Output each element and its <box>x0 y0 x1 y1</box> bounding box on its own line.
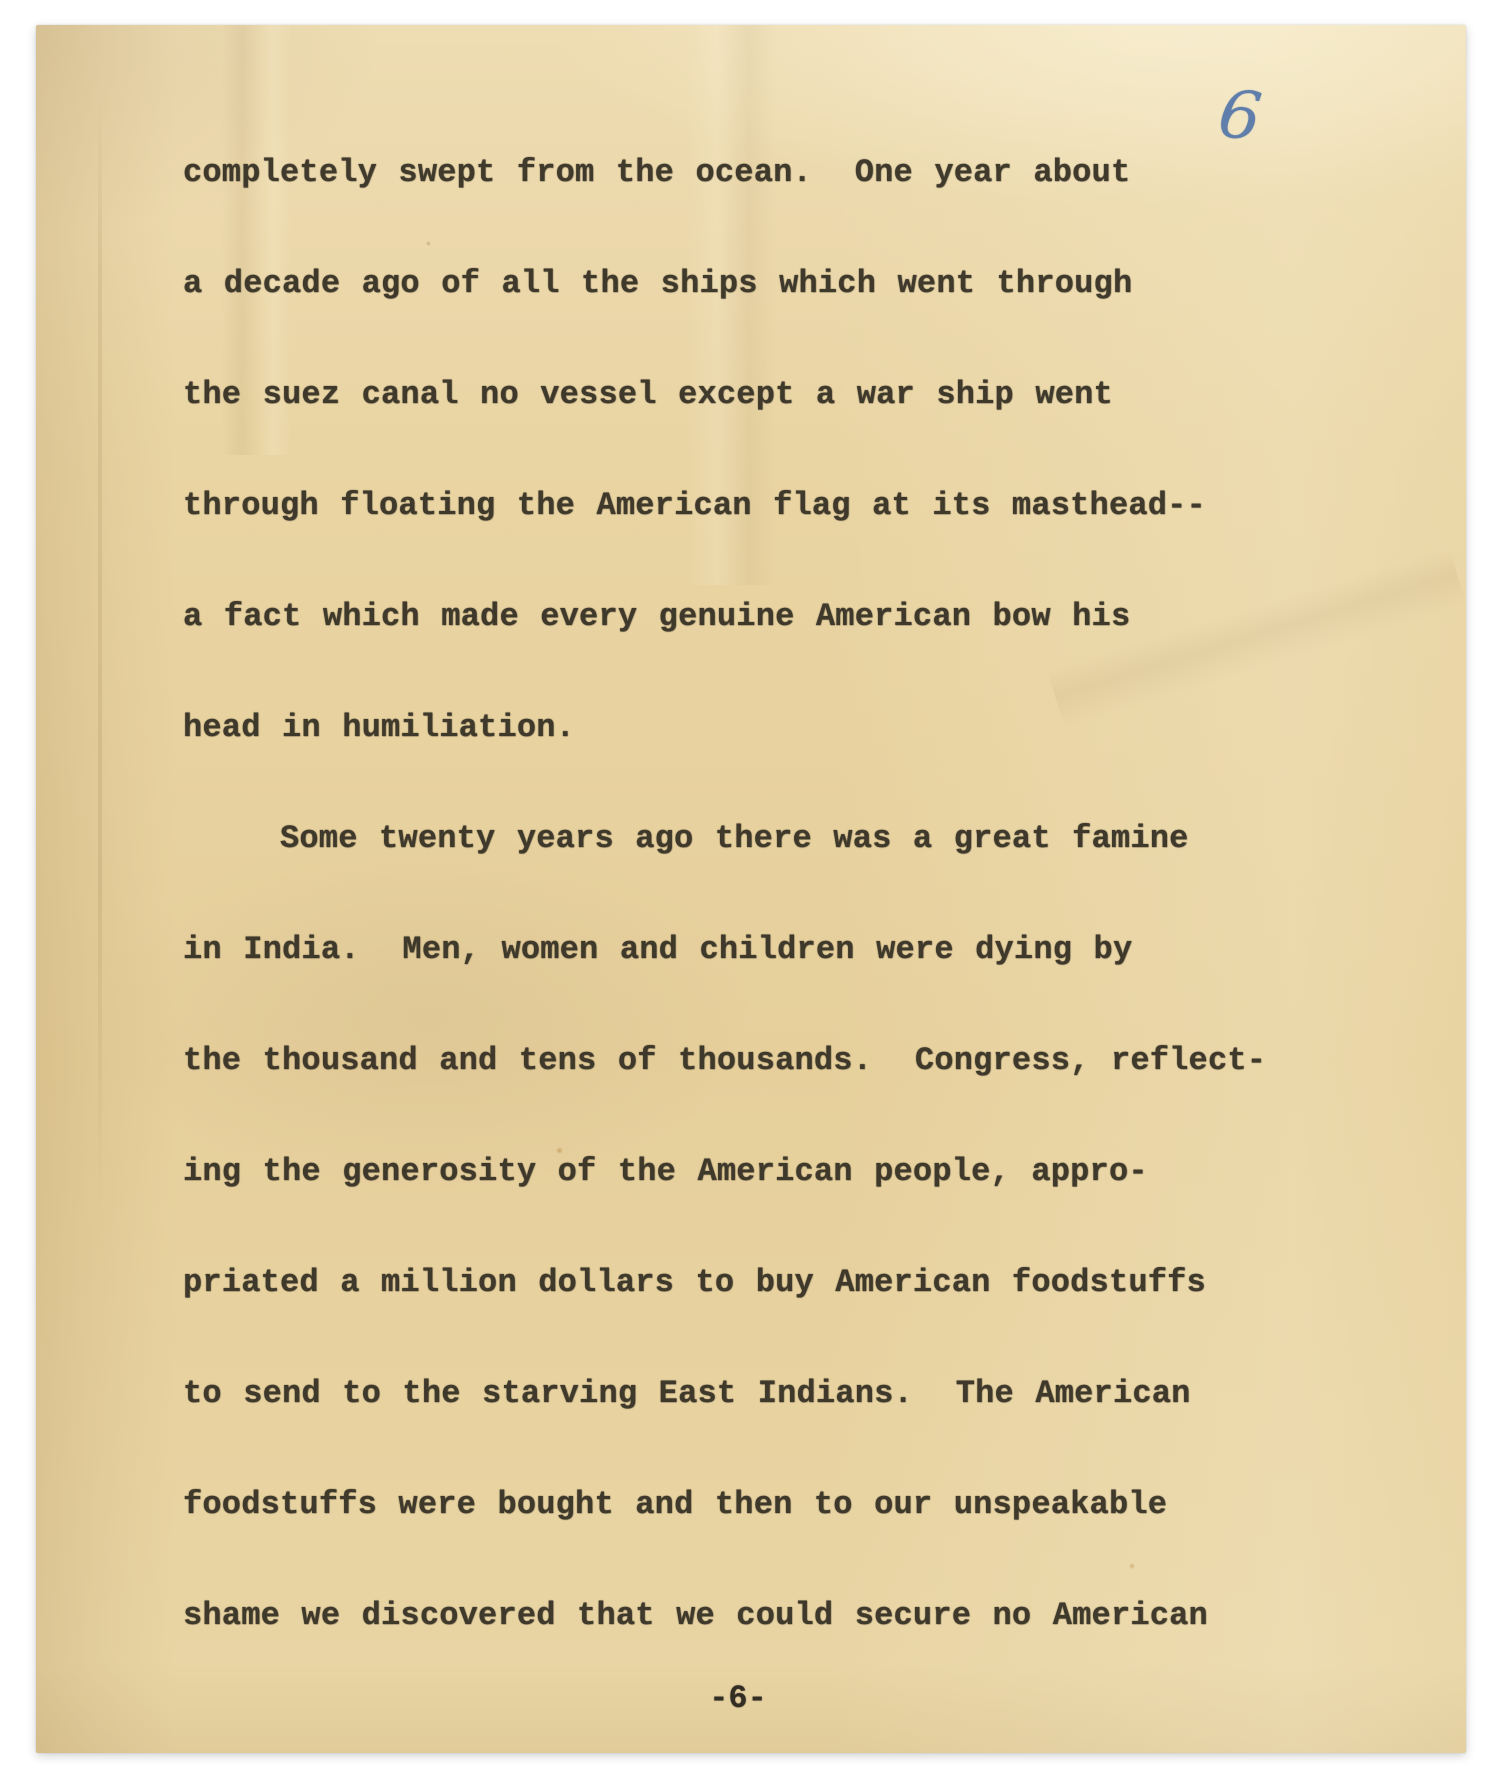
typewritten-line: shame we discovered that we could secure… <box>183 1560 1293 1671</box>
typewritten-line: to send to the starving East Indians. Th… <box>183 1338 1293 1449</box>
typewritten-line-paragraph-start: Some twenty years ago there was a great … <box>183 783 1293 894</box>
typewritten-line: head in humiliation. <box>183 672 1293 783</box>
scanned-paper-sheet: completely swept from the ocean. One yea… <box>36 25 1466 1753</box>
paper-crease-vertical <box>98 95 102 1215</box>
typewritten-line: a decade ago of all the ships which went… <box>183 228 1293 339</box>
typewritten-line: a fact which made every genuine American… <box>183 561 1293 672</box>
typewritten-line: through floating the American flag at it… <box>183 450 1293 561</box>
typewritten-line: the suez canal no vessel except a war sh… <box>183 339 1293 450</box>
typewritten-line: the thousand and tens of thousands. Cong… <box>183 1005 1293 1116</box>
typewritten-line: completely swept from the ocean. One yea… <box>183 117 1293 228</box>
typewritten-text-block: completely swept from the ocean. One yea… <box>183 117 1293 1721</box>
typewritten-line: ing the generosity of the American peopl… <box>183 1116 1293 1227</box>
typewritten-line: foodstuffs were bought and then to our u… <box>183 1449 1293 1560</box>
page-number: -6- <box>183 1677 1293 1721</box>
typewritten-line: in India. Men, women and children were d… <box>183 894 1293 1005</box>
typewritten-line: priated a million dollars to buy America… <box>183 1227 1293 1338</box>
